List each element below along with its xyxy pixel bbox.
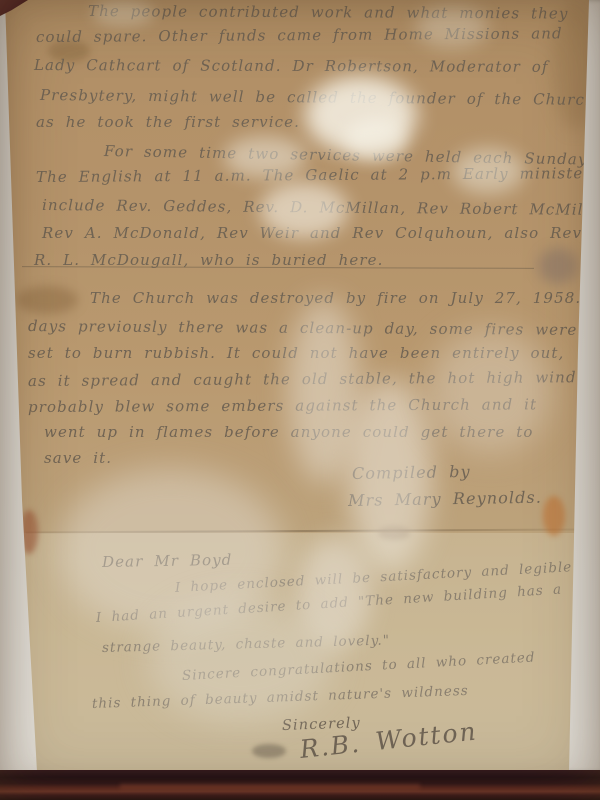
history-line: as he took the first service.: [36, 113, 300, 131]
history-line: days previously there was a clean-up day…: [28, 317, 578, 339]
compiler-name: Mrs Mary Reynolds.: [348, 488, 542, 510]
history-line: The people contributed work and what mon…: [88, 2, 569, 23]
history-line: went up in flames before anyone could ge…: [44, 423, 534, 441]
history-line: save it.: [44, 449, 112, 467]
history-line: set to burn rubbish. It could not have b…: [28, 344, 564, 362]
history-line: Rev A. McDonald, Rev Weir and Rev Colquh…: [42, 224, 586, 242]
history-line: as it spread and caught the old stable, …: [28, 368, 577, 390]
compiled-by-label: Compiled by: [352, 462, 471, 483]
history-line: could spare. Other funds came from Home …: [36, 24, 563, 46]
history-line: probably blew some embers against the Ch…: [28, 395, 537, 416]
history-line: Lady Cathcart of Scotland. Dr Robertson,…: [34, 56, 549, 76]
history-line: R. L. McDougall, who is buried here.: [34, 251, 383, 269]
letter-salutation: Dear Mr Boyd: [102, 551, 233, 571]
history-line: The Church was destroyed by fire on July…: [90, 289, 600, 307]
frame-bottom-edge: [0, 770, 600, 800]
framed-document-photo: The people contributed work and what mon…: [0, 0, 600, 800]
